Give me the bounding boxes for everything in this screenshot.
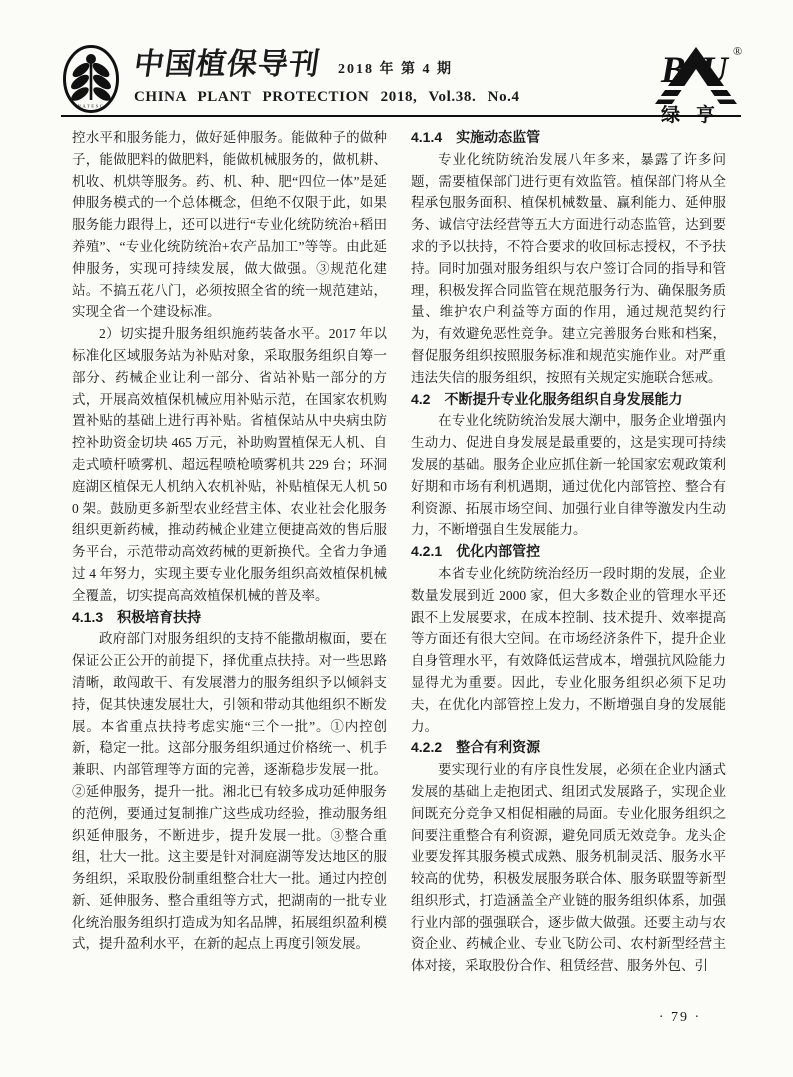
paragraph: 本省专业化统防统治经历一段时期的发展，企业数量发展到近 2000 家，但大多数企… xyxy=(411,563,726,737)
issue-info: 2018 年 第 4 期 xyxy=(338,58,453,80)
paragraph: 控水平和服务能力，做好延伸服务。能做种子的做种子，能做肥料的做肥料，能做机械服务… xyxy=(72,127,387,323)
paragraph: 政府部门对服务组织的支持不能撒胡椒面，要在保证公正公开的前提下，择优重点扶持。对… xyxy=(72,628,387,955)
paragraph: 在专业化统防统治发展大潮中，服务企业增强内生动力、促进自身发展是最重要的，这是实… xyxy=(411,410,726,541)
section-heading: 4.1.4 实施动态监管 xyxy=(411,127,726,149)
journal-title-block: 中国植保导刊 2018 年 第 4 期 CHINA PLANT PROTECTI… xyxy=(134,50,520,106)
section-heading: 4.2 不断提升专业化服务组织自身发展能力 xyxy=(411,389,726,411)
section-heading: 4.1.3 积极培育扶持 xyxy=(72,607,387,629)
brand-logo-icon: B U ® 绿亨 xyxy=(649,42,743,124)
brand-letter-b: B xyxy=(660,50,686,91)
journal-name-cn: 中国植保导刊 xyxy=(132,50,322,80)
paragraph: 要实现行业的有序良性发展，必须在企业内涵式发展的基础上走抱团式、组团式发展路子，… xyxy=(411,759,726,977)
registered-mark: ® xyxy=(733,44,742,58)
brand-letter-u: U xyxy=(701,50,730,91)
section-heading: 4.2.2 整合有利资源 xyxy=(411,737,726,759)
paragraph: 2）切实提升服务组织施药装备水平。2017 年以标准化区域服务站为补贴对象，采取… xyxy=(72,323,387,606)
brand-name: 绿亨 xyxy=(661,103,731,124)
journal-page: NATESC 中国植保导刊 2018 年 第 4 期 CHINA PLANT P… xyxy=(0,0,793,1077)
page-number: · 79 · xyxy=(600,1010,760,1026)
emblem-ring-label: NATESC xyxy=(78,104,105,109)
journal-emblem-icon: NATESC xyxy=(62,44,120,114)
right-column: 4.1.4 实施动态监管专业化统防统治发展八年多来，暴露了许多问题，需要植保部门… xyxy=(411,127,726,977)
paragraph: 专业化统防统治发展八年多来，暴露了许多问题，需要植保部门进行更有效监管。植保部门… xyxy=(411,149,726,389)
section-heading: 4.2.1 优化内部管控 xyxy=(411,541,726,563)
header-rule xyxy=(61,115,741,117)
journal-name-en: CHINA PLANT PROTECTION 2018, Vol.38. No.… xyxy=(134,89,520,106)
left-column: 控水平和服务能力，做好延伸服务。能做种子的做种子，能做肥料的做肥料，能做机械服务… xyxy=(72,127,387,955)
